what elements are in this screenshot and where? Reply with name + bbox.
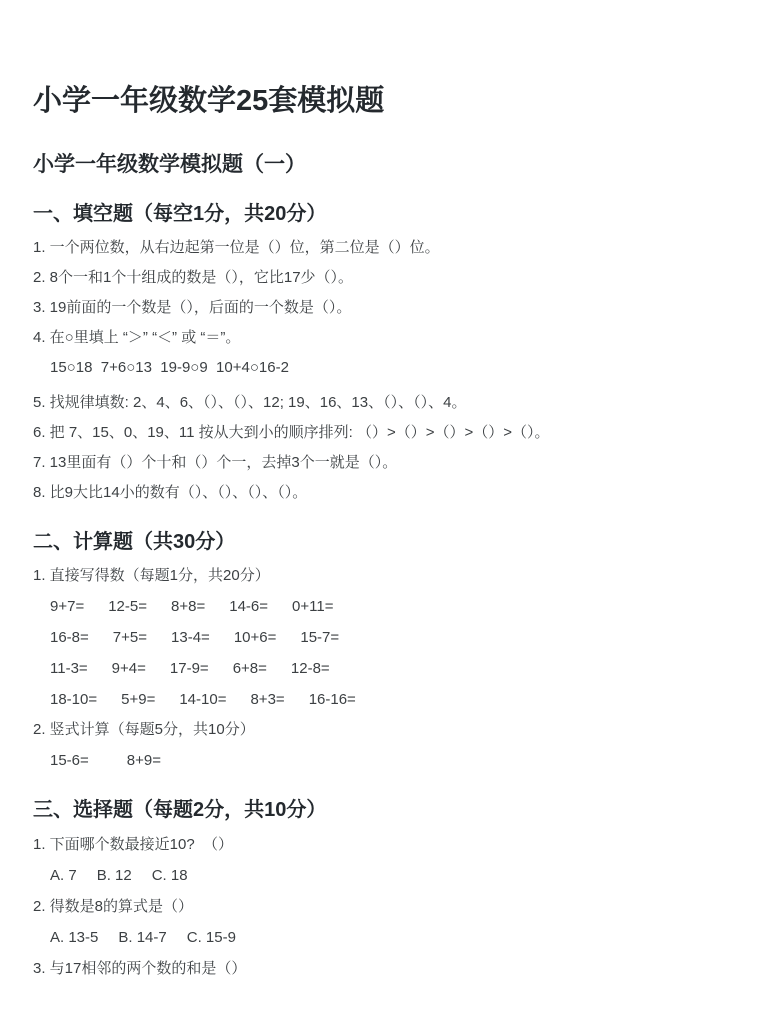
fill-item-8: 8. 比9大比14小的数有（）、（）、（）、（）。 <box>33 478 728 508</box>
calc-row-4: 18-10= 5+9= 14-10= 8+3= 16-16= <box>33 684 728 715</box>
calc-subheading-1: 1. 直接写得数（每题1分，共20分） <box>33 561 728 591</box>
vertical-calc-row: 15-6= 8+9= <box>33 745 728 776</box>
section-fill-in-heading: 一、填空题（每空1分，共20分） <box>33 202 728 227</box>
exam-title: 小学一年级数学模拟题（一） <box>33 152 728 178</box>
math-expression: 9+7= <box>50 591 84 622</box>
option-label: C. 15-9 <box>187 922 236 953</box>
math-expression: 7+5= <box>113 622 147 653</box>
choice-question-1: 1. 下面哪个数最接近10? （） <box>33 829 728 860</box>
fill-item-5: 5. 找规律填数: 2、4、6、（）、（）、12; 19、16、13、（）、（）… <box>33 388 728 418</box>
section-calculation: 二、计算题（共30分） 1. 直接写得数（每题1分，共20分） 9+7= 12-… <box>33 530 728 776</box>
choice-question-2: 2. 得数是8的算式是（） <box>33 891 728 922</box>
calc-row-3: 11-3= 9+4= 17-9= 6+8= 12-8= <box>33 653 728 684</box>
section-calculation-heading: 二、计算题（共30分） <box>33 530 728 555</box>
option-label: A. 13-5 <box>50 922 98 953</box>
choice-question-3: 3. 与17相邻的两个数的和是（） <box>33 953 728 984</box>
fill-item-4-compare-line: 15○18 7+6○13 19-9○9 10+4○16-2 <box>33 353 728 383</box>
calc-subheading-2: 2. 竖式计算（每题5分，共10分） <box>33 715 728 745</box>
math-expression: 16-8= <box>50 622 89 653</box>
math-expression: 15-6= <box>50 745 89 776</box>
math-expression: 0+11= <box>292 591 333 622</box>
section-multiple-choice: 三、选择题（每题2分，共10分） 1. 下面哪个数最接近10? （） A. 7 … <box>33 798 728 984</box>
fill-item-4: 4. 在○里填上 “＞” “＜” 或 “＝”。 <box>33 323 728 353</box>
option-label: C. 18 <box>152 860 188 891</box>
exam-page: 小学一年级数学25套模拟题 小学一年级数学模拟题（一） 一、填空题（每空1分，共… <box>0 0 768 1024</box>
math-expression: 10+6= <box>234 622 277 653</box>
section-multiple-choice-heading: 三、选择题（每题2分，共10分） <box>33 798 728 823</box>
math-expression: 17-9= <box>170 653 209 684</box>
math-expression: 13-4= <box>171 622 210 653</box>
math-expression: 14-6= <box>229 591 268 622</box>
section-fill-in: 一、填空题（每空1分，共20分） 1. 一个两位数，从右边起第一位是（）位，第二… <box>33 202 728 508</box>
choice-options-2: A. 13-5 B. 14-7 C. 15-9 <box>33 922 728 953</box>
math-expression: 9+4= <box>112 653 146 684</box>
math-expression: 8+3= <box>250 684 284 715</box>
math-expression: 12-5= <box>108 591 147 622</box>
document-title: 小学一年级数学25套模拟题 <box>33 84 728 119</box>
fill-item-3: 3. 19前面的一个数是（），后面的一个数是（）。 <box>33 293 728 323</box>
math-expression: 8+8= <box>171 591 205 622</box>
math-expression: 6+8= <box>233 653 267 684</box>
fill-item-1: 1. 一个两位数，从右边起第一位是（）位，第二位是（）位。 <box>33 233 728 263</box>
choice-options-1: A. 7 B. 12 C. 18 <box>33 860 728 891</box>
math-expression: 14-10= <box>179 684 226 715</box>
calc-row-1: 9+7= 12-5= 8+8= 14-6= 0+11= <box>33 591 728 622</box>
option-label: B. 12 <box>97 860 132 891</box>
option-label: B. 14-7 <box>118 922 166 953</box>
calc-row-2: 16-8= 7+5= 13-4= 10+6= 15-7= <box>33 622 728 653</box>
math-expression: 16-16= <box>309 684 356 715</box>
math-expression: 12-8= <box>291 653 330 684</box>
fill-item-7: 7. 13里面有（）个十和（）个一，去掉3个一就是（）。 <box>33 448 728 478</box>
math-expression: 18-10= <box>50 684 97 715</box>
math-expression: 15-7= <box>300 622 339 653</box>
fill-item-2: 2. 8个一和1个十组成的数是（），它比17少（）。 <box>33 263 728 293</box>
math-expression: 5+9= <box>121 684 155 715</box>
option-label: A. 7 <box>50 860 77 891</box>
math-expression: 11-3= <box>50 653 88 684</box>
fill-item-6: 6. 把 7、15、0、19、11 按从大到小的顺序排列: （）>（）>（）>（… <box>33 418 728 448</box>
math-expression: 8+9= <box>127 745 161 776</box>
